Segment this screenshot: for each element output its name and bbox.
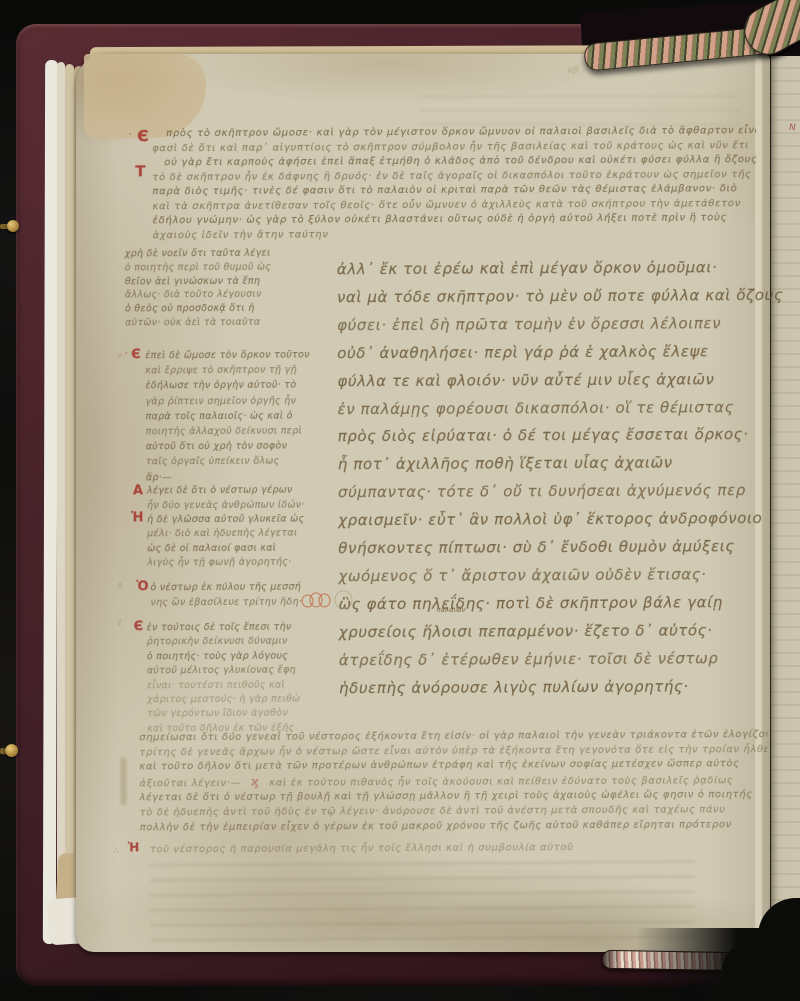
scholia-line: ἡ δὲ γλῶσσα αὐτοῦ γλυκεῖα ὡς [147, 513, 304, 528]
text-layer: ʹ Є Τ πρὸς τὸ σκῆπτρον ὤμοσε· καὶ γὰρ τὸ… [0, 0, 800, 1001]
scholia-line: ἦν δύο γενεὰς ἀνθρώπων ἰδών· [147, 498, 305, 513]
rubric-initial-epsilon: Є [134, 619, 144, 634]
scholia-line: θεῖον ἀεὶ γινώσκων τὰ ἔπη [125, 274, 271, 289]
scholia-line: ἄλλως· διὰ τοῦτο λέγουσιν [125, 288, 271, 303]
rubric-initial-epsilon: Є [131, 347, 141, 362]
scholia-line: ὁ ποιητής· τοὺς γὰρ λόγους [147, 649, 300, 664]
main-text-line: ἀλλ᾽ ἔκ τοι ἐρέω καὶ ἐπὶ μέγαν ὅρκον ὀμο… [337, 254, 784, 284]
scholia-line: ὁ νέστωρ ἐκ πύλου τῆς μεσσή [150, 580, 302, 596]
scholia-line: λέγει δὲ ὅτι ὁ νέστωρ γέρων [147, 483, 305, 498]
main-text-line: χρυσείοις ἥλοισι πεπαρμένον· ἕζετο δ᾽ αὐ… [339, 617, 786, 647]
main-text-line: οὐδ᾽ ἀναθηλήσει· περὶ γάρ ῥά ἑ χαλκὸς ἔλ… [337, 338, 784, 368]
rubric-initial-eta: Ἡ [131, 510, 143, 525]
scholia-line: ποιητὴς ἀλλαχοῦ δείκνυσι περὶ [146, 423, 311, 439]
scholia-left-section: ἐπεὶ δὲ ὤμοσε τὸν ὅρκον τοῦτον καὶ ἔρριψ… [145, 347, 310, 485]
scholia-line-part: ἀξιοῦται λέγειν·— [139, 778, 241, 790]
main-text-line: θνήσκοντες πίπτωσι· σὺ δ᾽ ἔνδοθι θυμὸν ἀ… [338, 533, 785, 563]
rubric-initial-tau: Τ [135, 162, 145, 180]
main-text-line: χραισμεῖν· εὖτ᾽ ἂν πολλοὶ ὑφ᾽ ἕκτορος ἀν… [338, 505, 785, 535]
scholia-line: ἐν τούτοις δὲ τοῖς ἔπεσι τὴν [147, 621, 300, 636]
brass-clasp-pin [0, 218, 22, 236]
margin-mark: ἐ [118, 618, 122, 627]
scholia-left-section: ἐν τούτοις δὲ τοῖς ἔπεσι τὴν ῥητορικὴν δ… [147, 621, 301, 737]
scholia-line: ἐδήλωσε τὴν ὀργὴν αὐτοῦ· τὸ [145, 378, 310, 394]
margin-mark: ο [117, 580, 122, 589]
rubric-tick: ʹ [129, 132, 131, 141]
scholia-left-upper-block: χρὴ δὲ νοεῖν ὅτι ταῦτα λέγει ὁ ποιητὴς π… [125, 247, 272, 331]
main-text-line: πρὸς διὸς εἰρύαται· ὁ δέ τοι μέγας ἔσσετ… [338, 421, 785, 451]
scholia-line: ὁ ποιητὴς περὶ τοῦ θυμοῦ ὡς [125, 260, 271, 275]
scholia-line: ἐπεὶ δὲ ὤμοσε τὸν ὅρκον τοῦτον [145, 347, 310, 363]
scholia-line: τῶν γερόντων ἴδιον ἀγαθὸν [147, 707, 300, 722]
rubric-initial-epsilon: Є [137, 126, 149, 145]
rubric-initial-eta: Ἡ [128, 840, 139, 854]
scholia-line: ταῖς ὀργαῖς ὑπείκειν ὅλως [146, 454, 311, 470]
main-text-line: ἀτρεΐδης δ᾽ ἑτέρωθεν ἐμήνιε· τοῖσι δὲ νέ… [339, 645, 786, 675]
main-text-line: φύλλα τε καὶ φλοιόν· νῦν αὖτέ μιν υἷες ἀ… [337, 366, 784, 396]
main-text-line: σύμπαντας· τότε δ᾽ οὔ τι δυνήσεαι ἀχνύμε… [338, 477, 785, 507]
rubric-initial-alpha: Α [133, 483, 143, 498]
scholia-line: ὁ θεὸς οὐ προσδοκᾷ ὅτι ἡ [125, 302, 271, 317]
scholia-left-section: λέγει δὲ ὅτι ὁ νέστωρ γέρων ἦν δύο γενεὰ… [147, 483, 305, 513]
rubric-initial-omicron: Ὁ [136, 579, 148, 594]
scholia-line: ὡς δὲ οἱ παλαιοί φασι καὶ [147, 541, 304, 556]
main-text-line: ἦ ποτ᾽ ἀχιλλῆος ποθὴ ἵξεται υἷας ἀχαιῶν [338, 449, 785, 479]
scholia-line: λιγὺς ἦν τῇ φωνῇ ἀγορητής· [147, 555, 304, 570]
margin-mark: ν [117, 350, 122, 359]
circle-ornament [301, 591, 361, 611]
scholia-line: ῥητορικὴν δείκνυσι δύναμιν [147, 635, 300, 650]
scholia-line: καὶ ἔρριψε τὸ σκῆπτρον τῇ γῇ [145, 363, 310, 379]
main-text-line: ἡδυεπὴς ἀνόρουσε λιγὺς πυλίων ἀγορητής· [339, 673, 786, 703]
scholia-bottom-block: σημείωσαι ὅτι δύο γενεαὶ τοῦ νέστορος ἑξ… [139, 728, 768, 835]
rubric-mid-mark: ϗ [251, 775, 260, 789]
margin-smudge [120, 757, 126, 805]
scholia-line: χάριτος μεστούς· ἡ γὰρ πειθὼ [147, 693, 300, 708]
scholia-final-line: τοῦ νέστορος ἡ παρουσία μεγάλη τις ἦν το… [150, 842, 574, 855]
scholia-left-section: ὁ νέστωρ ἐκ πύλου τῆς μεσσή νης ὢν ἐβασί… [150, 580, 302, 611]
scholia-line: αὐτοῦ μέλιτος γλυκίονας ἔφη [147, 664, 300, 679]
scholia-line: αὐτῶν· οὐκ ἀεὶ τὰ τοιαῦτα [125, 316, 271, 331]
scholia-line: χρὴ δὲ νοεῖν ὅτι ταῦτα λέγει [125, 247, 271, 262]
scholia-line: γὰρ ῥίπτειν σημεῖον ὀργῆς ἦν [145, 393, 310, 409]
main-text-line: χωόμενος ὅ τ᾽ ἄριστον ἀχαιῶν οὐδὲν ἔτισα… [338, 561, 785, 591]
scholia-line: αὐτοῦ ὅτι οὐ χρὴ τὸν σοφὸν [146, 439, 311, 455]
main-text-line: φύσει· ἐπεὶ δὴ πρῶτα τομὴν ἐν ὄρεσσι λέλ… [337, 310, 784, 340]
scholia-top-block: πρὸς τὸ σκῆπτρον ὤμοσε· καὶ γὰρ τὸν μέγι… [152, 124, 757, 243]
main-text-block: ἀλλ᾽ ἔκ τοι ἐρέω καὶ ἐπὶ μέγαν ὅρκον ὀμο… [337, 254, 786, 703]
scholia-line-part: καὶ ἐκ τούτου πιθανὸς ἦν τοῖς ἀκούουσι κ… [269, 775, 733, 788]
brass-clasp-pin [0, 739, 23, 765]
scholia-line: μέλι· διὸ καὶ ἡδυεπὴς λέγεται [147, 527, 304, 542]
scholia-line: ἀχαιοὺς ἰδεῖν τὴν ἄτην ταύτην [153, 226, 757, 244]
main-text-line: ναὶ μὰ τόδε σκῆπτρον· τὸ μὲν οὔ ποτε φύλ… [337, 282, 784, 312]
main-text-line: ὣς φάτο πηλεΐδης· ποτὶ δὲ σκῆπτρον βάλε … [338, 589, 785, 619]
interlinear-gloss: παλαιῶν [437, 606, 466, 614]
scholia-line: εἶναι· τουτέστι πειθοῦς καὶ [147, 678, 300, 693]
scholia-line: παρὰ τοῖς παλαιοῖς· ὡς καὶ ὁ [146, 408, 311, 424]
cover-shadow-bottom-right [636, 928, 800, 1001]
manuscript-photo: Ν νβ ʹ Є Τ πρὸς τὸ σκῆπτρον ὤμοσε· καὶ γ… [0, 0, 800, 1001]
rubric-tick: ʹ [125, 351, 127, 360]
main-text-line: ἐν παλάμῃς φορέουσι δικασπόλοι· οἵ τε θέ… [337, 394, 784, 424]
scholia-line: πολλὴν δὲ τὴν ἐμπειρίαν εἶχεν ὁ γέρων ἐκ… [140, 818, 768, 836]
scholia-left-section: ἡ δὲ γλῶσσα αὐτοῦ γλυκεῖα ὡς μέλι· διὸ κ… [147, 513, 305, 571]
scholia-line: νης ὢν ἐβασίλευε τρίτην ἤδη· [150, 595, 302, 611]
rubric-dots: ∴ [114, 846, 119, 855]
